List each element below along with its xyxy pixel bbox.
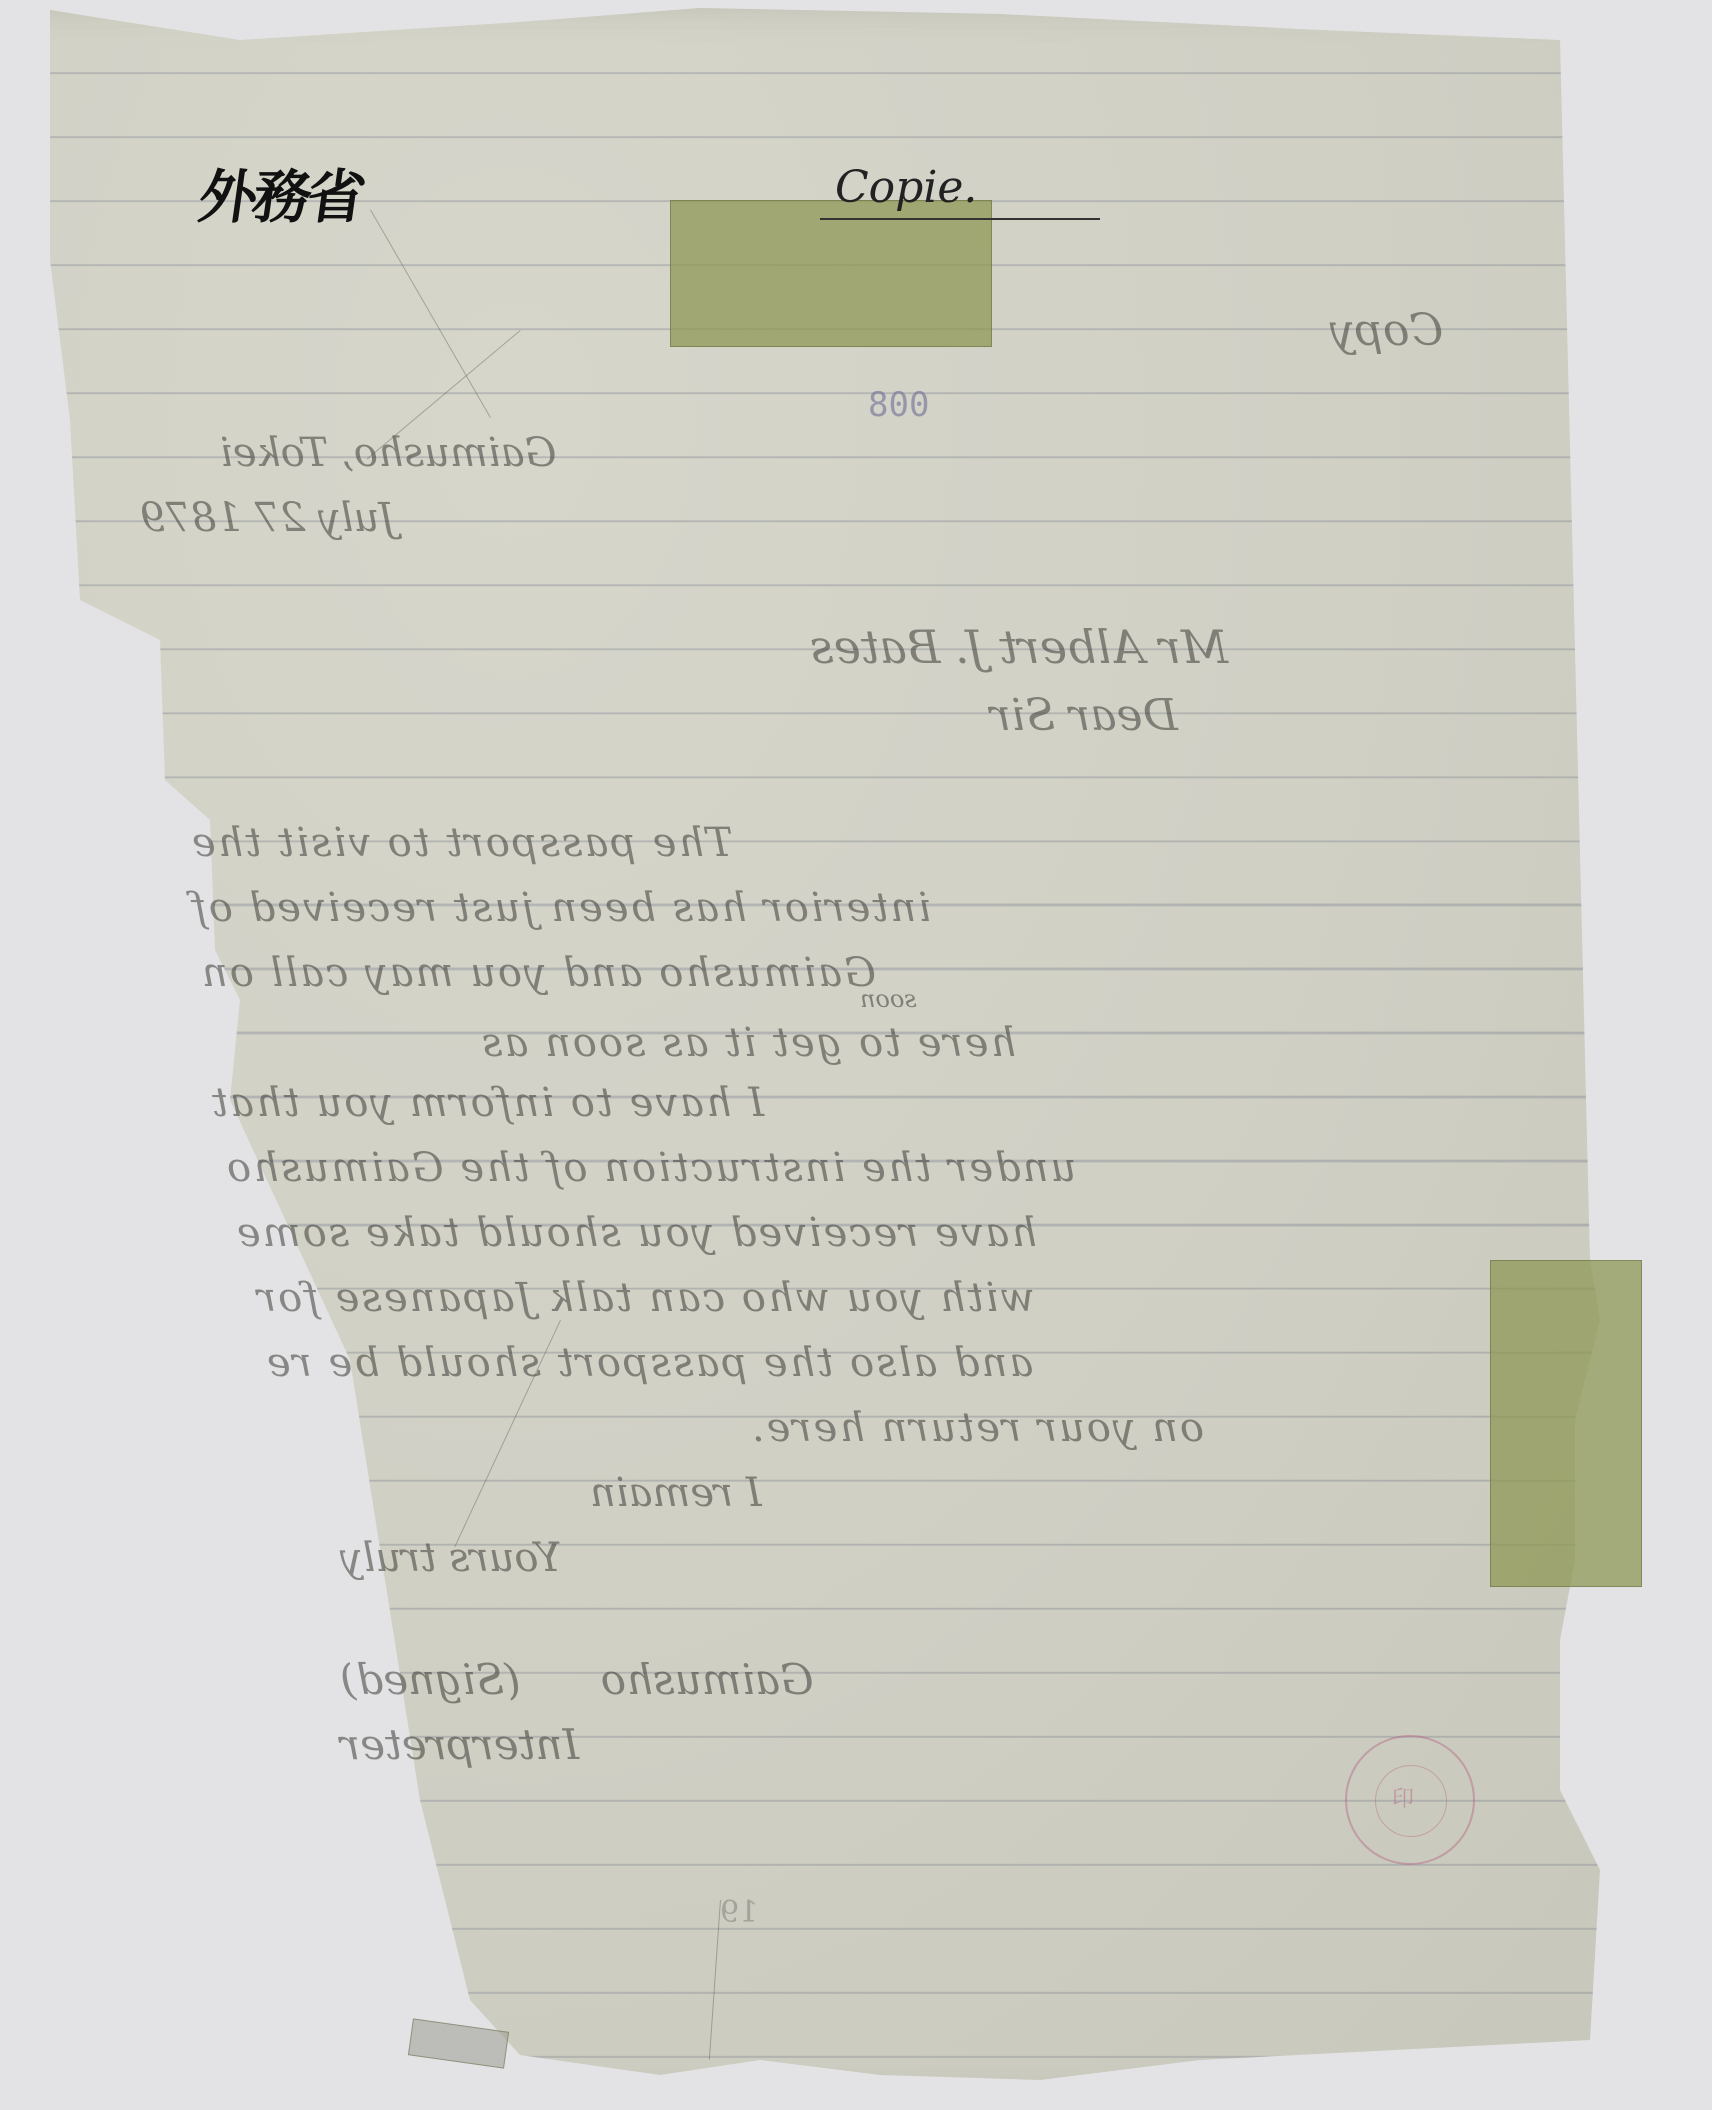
interlinear-insert: soon — [860, 985, 917, 1013]
body-line: and also the passport should be re — [265, 1340, 1033, 1386]
body-line: with you who can talk Japanese for — [255, 1275, 1035, 1321]
japanese-archive-stamp: 外務省 — [194, 150, 368, 234]
addressee: Mr Albert J. Bates — [810, 620, 1228, 674]
body-line: The passport to visit the — [190, 820, 733, 866]
body-line: under the instruction of the Gaimusho — [225, 1145, 1076, 1191]
insert-text: soon — [860, 985, 917, 1013]
body-line: I have to inform you that — [210, 1080, 764, 1126]
body-line: have received you should take some — [235, 1210, 1037, 1256]
body-line-text: under the instruction of the Gaimusho — [225, 1145, 1076, 1191]
copy-heading: Copy — [1330, 305, 1443, 356]
signature-name-and-label: Gaimusho (Signed) — [340, 1655, 814, 1704]
signature-name: Gaimusho — [601, 1655, 814, 1704]
closing-text: I remain — [590, 1470, 762, 1516]
sign-off-text: Yours truly — [340, 1535, 561, 1581]
adhesive-tape-top — [670, 200, 992, 347]
seal-text: 印 — [1392, 1782, 1414, 1813]
body-line: Gaimusho and you may call on — [200, 950, 876, 996]
signed-label: (Signed) — [340, 1655, 521, 1704]
signature-title: Interpreter — [340, 1720, 579, 1769]
addressee-text: Mr Albert J. Bates — [810, 620, 1228, 674]
signature-title-text: Interpreter — [340, 1720, 579, 1769]
letter-date: July 27 1879 — [140, 495, 395, 541]
adhesive-tape-right — [1490, 1260, 1642, 1587]
salutation: Dear Sir — [990, 690, 1178, 741]
body-line-text: with you who can talk Japanese for — [255, 1275, 1035, 1321]
date-text: July 27 1879 — [140, 495, 395, 541]
body-line: on your return here. — [750, 1405, 1204, 1451]
copie-label: Copie. — [835, 162, 977, 213]
salutation-text: Dear Sir — [990, 690, 1178, 741]
body-line-text: have received you should take some — [235, 1210, 1037, 1256]
red-seal-stamp-icon: 印 — [1345, 1735, 1475, 1865]
page-number: 19 — [720, 1895, 758, 1930]
body-line-text: and also the passport should be re — [265, 1340, 1033, 1386]
sign-off: Yours truly — [340, 1535, 561, 1581]
body-line-text: interior has been just received of — [190, 885, 931, 931]
body-line-text: here to get it as soon as — [480, 1020, 1016, 1066]
folio-number: 800 — [868, 385, 929, 425]
letter-place: Gaimusho, Tokei — [220, 430, 556, 476]
page-number-text: 19 — [720, 1895, 758, 1930]
body-line-text: The passport to visit the — [190, 820, 733, 866]
body-line-text: Gaimusho and you may call on — [200, 950, 876, 996]
copie-underline — [820, 218, 1100, 220]
body-line: here to get it as soon as — [480, 1020, 1016, 1066]
body-line: interior has been just received of — [190, 885, 931, 931]
signature-block: Gaimusho (Signed) — [340, 1655, 814, 1704]
place-text: Gaimusho, Tokei — [220, 430, 556, 476]
closing: I remain — [590, 1470, 762, 1516]
body-line-text: I have to inform you that — [210, 1080, 764, 1126]
copy-heading-text: Copy — [1330, 305, 1443, 356]
body-line-text: on your return here. — [750, 1405, 1204, 1451]
